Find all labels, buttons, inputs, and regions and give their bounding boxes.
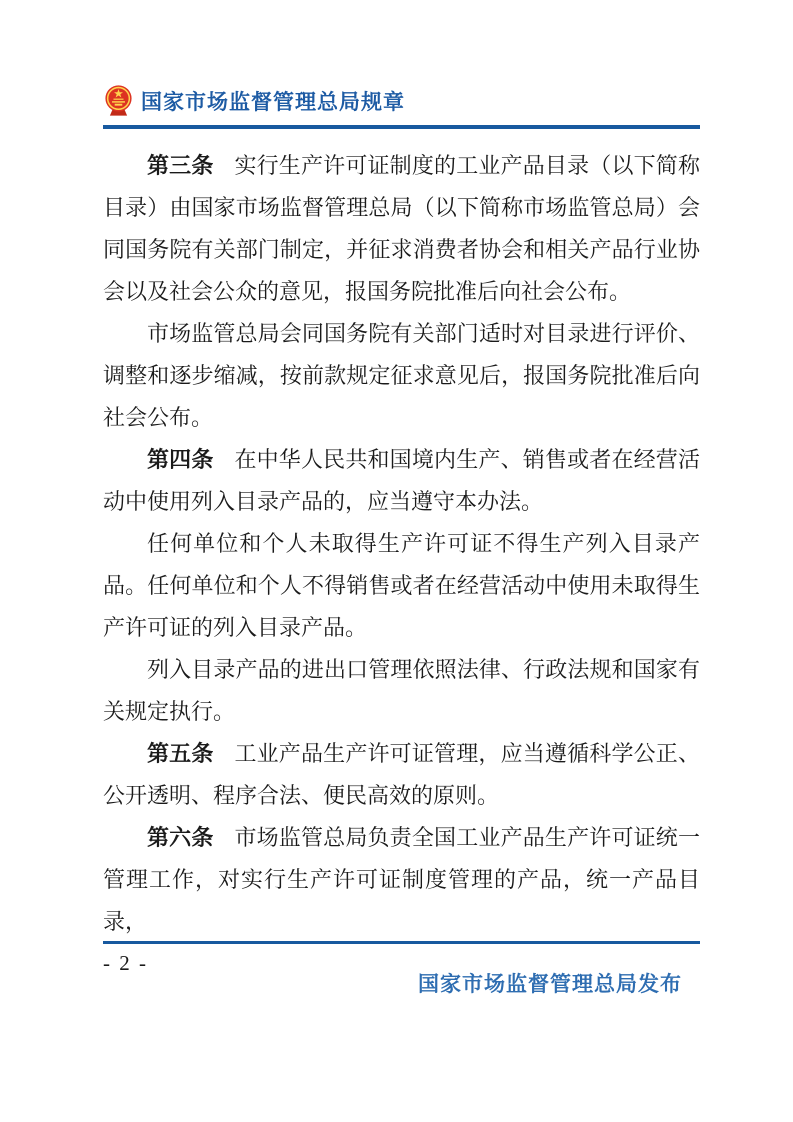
paragraph-text: 列入目录产品的进出口管理依照法律、行政法规和国家有关规定执行。 bbox=[103, 657, 700, 724]
paragraph-text: 任何单位和个人未取得生产许可证不得生产列入目录产品。任何单位和个人不得销售或者在… bbox=[103, 531, 700, 640]
article-number: 第六条 bbox=[147, 825, 214, 850]
paragraph: 列入目录产品的进出口管理依照法律、行政法规和国家有关规定执行。 bbox=[103, 649, 700, 733]
paragraph-article-3: 第三条实行生产许可证制度的工业产品目录（以下简称目录）由国家市场监督管理总局（以… bbox=[103, 145, 700, 313]
article-number: 第四条 bbox=[147, 447, 214, 472]
paragraph-article-5: 第五条工业产品生产许可证管理，应当遵循科学公正、公开透明、程序合法、便民高效的原… bbox=[103, 733, 700, 817]
paragraph: 任何单位和个人未取得生产许可证不得生产列入目录产品。任何单位和个人不得销售或者在… bbox=[103, 523, 700, 649]
china-national-emblem-icon bbox=[103, 84, 134, 118]
document-type-title: 国家市场监督管理总局规章 bbox=[141, 86, 405, 116]
page-content: 国家市场监督管理总局规章 第三条实行生产许可证制度的工业产品目录（以下简称目录）… bbox=[103, 0, 700, 983]
article-number: 第三条 bbox=[147, 153, 214, 178]
article-number: 第五条 bbox=[147, 741, 214, 766]
page-header: 国家市场监督管理总局规章 bbox=[103, 84, 700, 118]
paragraph-text: 市场监管总局会同国务院有关部门适时对目录进行评价、调整和逐步缩减，按前款规定征求… bbox=[103, 321, 700, 430]
header-rule bbox=[103, 125, 700, 129]
footer-rule bbox=[103, 941, 700, 944]
document-page: 国家市场监督管理总局规章 第三条实行生产许可证制度的工业产品目录（以下简称目录）… bbox=[0, 0, 793, 1122]
paragraph-article-6: 第六条市场监管总局负责全国工业产品生产许可证统一管理工作，对实行生产许可证制度管… bbox=[103, 817, 700, 943]
document-body: 第三条实行生产许可证制度的工业产品目录（以下简称目录）由国家市场监督管理总局（以… bbox=[103, 145, 700, 983]
paragraph: 市场监管总局会同国务院有关部门适时对目录进行评价、调整和逐步缩减，按前款规定征求… bbox=[103, 313, 700, 439]
paragraph-article-4: 第四条在中华人民共和国境内生产、销售或者在经营活动中使用列入目录产品的，应当遵守… bbox=[103, 439, 700, 523]
publisher-line: 国家市场监督管理总局发布 bbox=[103, 968, 700, 998]
